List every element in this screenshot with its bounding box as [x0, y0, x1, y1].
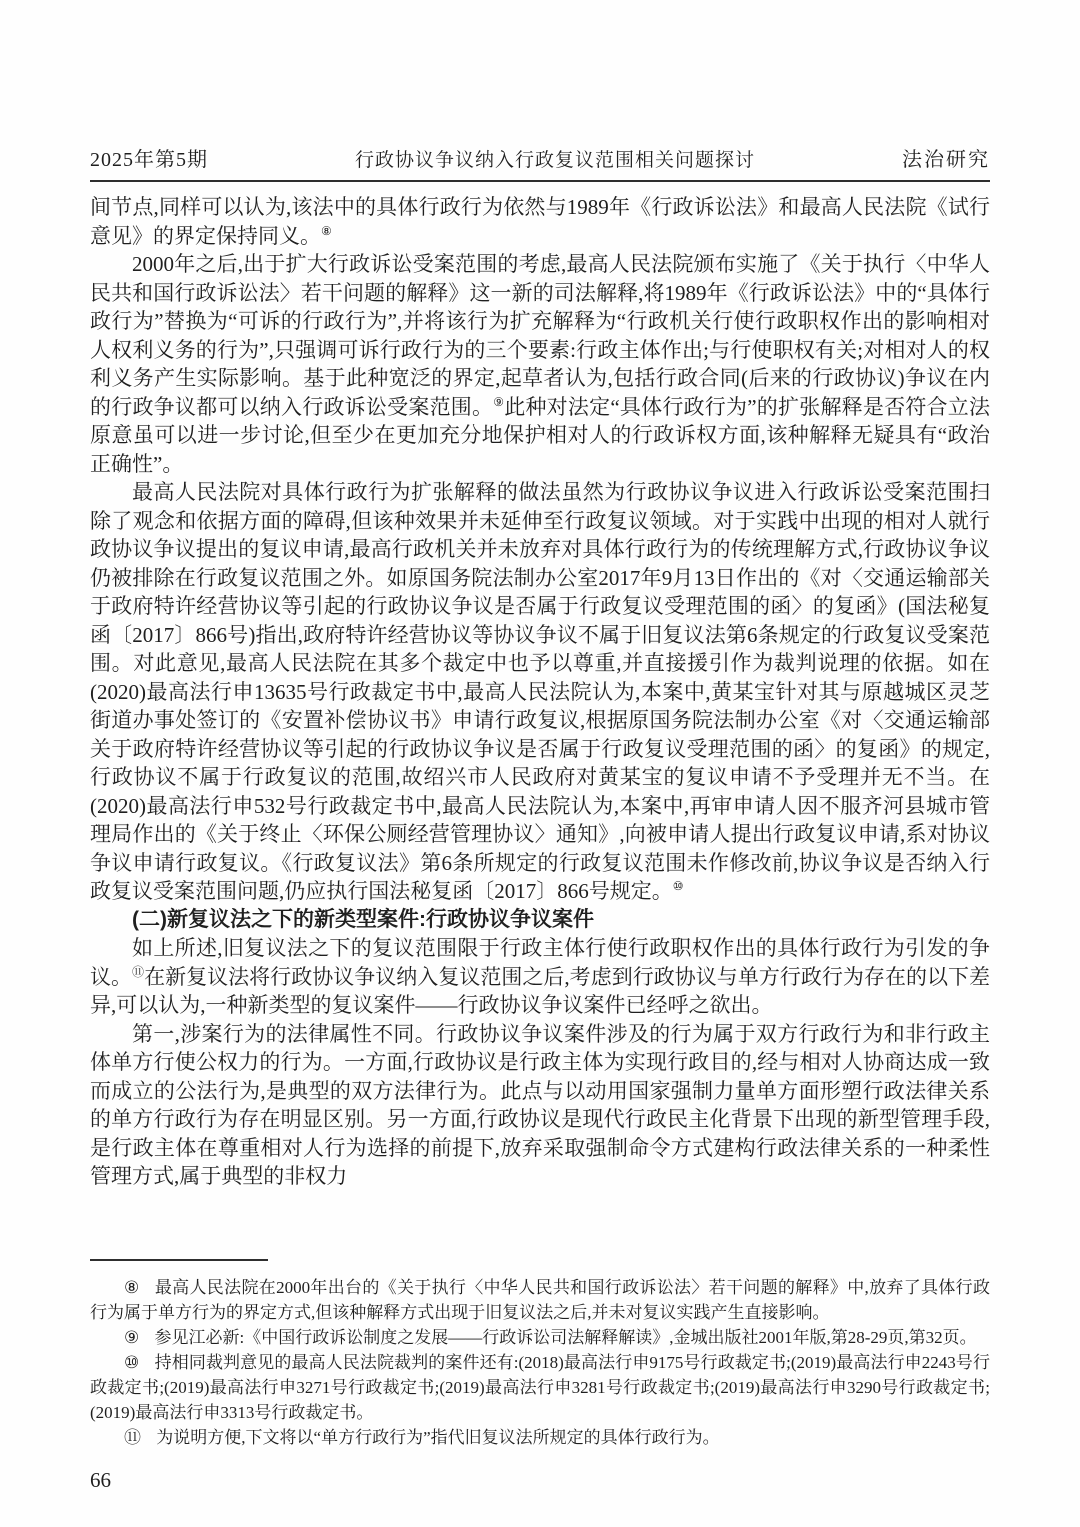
footnote-ref: ⑩ [673, 879, 684, 893]
footnote-ref: ⑧ [321, 224, 332, 238]
body-paragraph: 如上所述,旧复议法之下的复议范围限于行政主体行使行政职权作出的具体行政行为引发的… [90, 934, 990, 1020]
footnote-marker: ⑧ [124, 1278, 140, 1297]
footnote-marker: ⑩ [124, 1353, 139, 1372]
paragraph-text: 间节点,同样可以认为,该法中的具体行政行为依然与1989年《行政诉讼法》和最高人… [90, 195, 990, 248]
paragraph-text: (二)新复议法之下的新类型案件:行政协议争议案件 [132, 908, 594, 931]
running-title: 行政协议争议纳入行政复议范围相关问题探讨 [355, 145, 755, 172]
footnote-ref: ⑪ [132, 965, 144, 979]
issue-label: 2025年第5期 [90, 143, 208, 172]
page-content: 2025年第5期 行政协议争议纳入行政复议范围相关问题探讨 法治研究 间节点,同… [0, 0, 1080, 1493]
footnote-marker: ⑨ [124, 1328, 139, 1347]
journal-page: 2025年第5期 行政协议争议纳入行政复议范围相关问题探讨 法治研究 间节点,同… [0, 0, 1080, 1527]
footnote-separator [90, 1259, 268, 1261]
paragraph-text: 在新复议法将行政协议争议纳入复议范围之后,考虑到行政协议与单方行政行为存在的以下… [90, 965, 990, 1018]
header-rule [90, 180, 990, 182]
footnote-text: 最高人民法院在2000年出台的《关于执行〈中华人民共和国行政诉讼法〉若干问题的解… [90, 1278, 990, 1322]
paragraph-text: 第一,涉案行为的法律属性不同。行政协议争议案件涉及的行为属于双方行政行为和非行政… [90, 1022, 990, 1189]
footnote-text: 参见江必新:《中国行政诉讼制度之发展——行政诉讼司法解释解读》,金城出版社200… [155, 1328, 977, 1347]
footnote-ref: ⑨ [493, 395, 504, 409]
body-paragraph: 间节点,同样可以认为,该法中的具体行政行为依然与1989年《行政诉讼法》和最高人… [90, 193, 990, 250]
footnote: ⑧最高人民法院在2000年出台的《关于执行〈中华人民共和国行政诉讼法〉若干问题的… [90, 1275, 990, 1325]
page-header: 2025年第5期 行政协议争议纳入行政复议范围相关问题探讨 法治研究 [90, 0, 990, 172]
footnotes: ⑧最高人民法院在2000年出台的《关于执行〈中华人民共和国行政诉讼法〉若干问题的… [90, 1275, 990, 1450]
footnote-text: 持相同裁判意见的最高人民法院裁判的案件还有:(2018)最高法行申9175号行政… [90, 1353, 990, 1422]
body-paragraph: 最高人民法院对具体行政行为扩张解释的做法虽然为行政协议争议进入行政诉讼受案范围扫… [90, 478, 990, 906]
section-heading: (二)新复议法之下的新类型案件:行政协议争议案件 [90, 906, 990, 935]
footnote-marker: ⑪ [124, 1428, 141, 1447]
footnote-text: 为说明方便,下文将以“单方行政行为”指代旧复议法所规定的具体行政行为。 [156, 1428, 719, 1447]
footnote: ⑪为说明方便,下文将以“单方行政行为”指代旧复议法所规定的具体行政行为。 [90, 1425, 990, 1450]
page-number: 66 [90, 1468, 990, 1493]
article-body: 间节点,同样可以认为,该法中的具体行政行为依然与1989年《行政诉讼法》和最高人… [90, 193, 990, 1191]
footnote: ⑨参见江必新:《中国行政诉讼制度之发展——行政诉讼司法解释解读》,金城出版社20… [90, 1325, 990, 1350]
footnote: ⑩持相同裁判意见的最高人民法院裁判的案件还有:(2018)最高法行申9175号行… [90, 1350, 990, 1425]
journal-name: 法治研究 [902, 143, 990, 172]
body-paragraph: 2000年之后,出于扩大行政诉讼受案范围的考虑,最高人民法院颁布实施了《关于执行… [90, 250, 990, 478]
body-paragraph: 第一,涉案行为的法律属性不同。行政协议争议案件涉及的行为属于双方行政行为和非行政… [90, 1020, 990, 1191]
paragraph-text: 最高人民法院对具体行政行为扩张解释的做法虽然为行政协议争议进入行政诉讼受案范围扫… [90, 480, 990, 903]
